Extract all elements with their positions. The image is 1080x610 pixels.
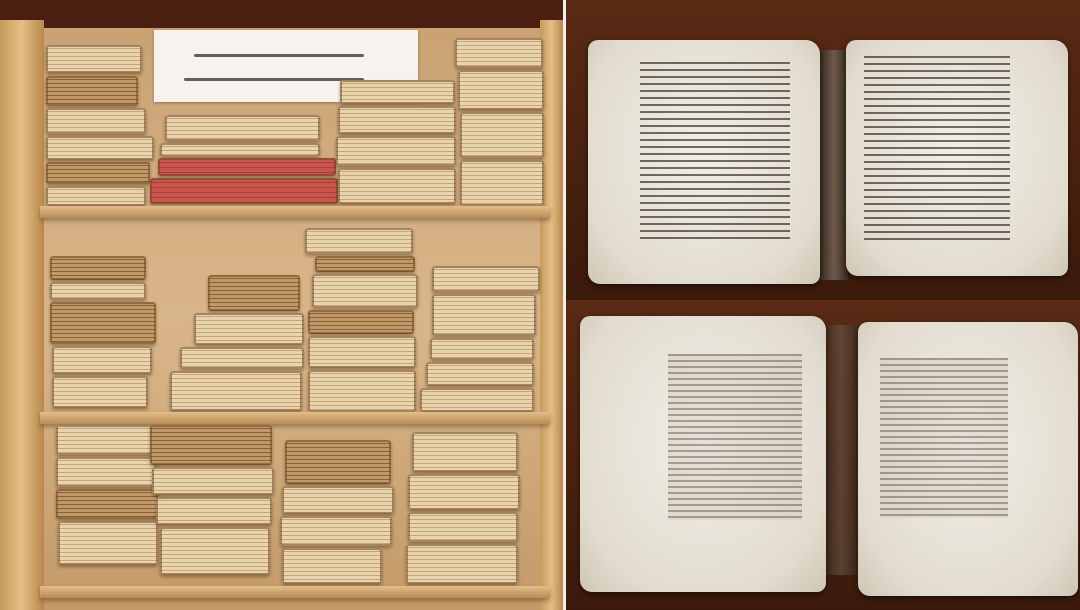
book <box>52 346 152 374</box>
manuscript-page-left <box>580 316 826 592</box>
book <box>305 228 413 254</box>
book <box>460 112 544 158</box>
book <box>282 486 394 514</box>
book <box>46 108 146 134</box>
book <box>56 457 156 487</box>
calligraphy-text <box>864 56 1010 242</box>
book <box>432 294 536 336</box>
book <box>160 527 270 575</box>
ceiling-band <box>0 0 563 28</box>
book <box>165 115 320 141</box>
book <box>406 544 518 584</box>
manuscript-photo <box>566 0 1080 610</box>
book <box>336 136 456 166</box>
book <box>56 489 158 519</box>
book <box>50 282 146 300</box>
book <box>46 136 154 160</box>
shelf <box>40 206 550 218</box>
calligraphy-text <box>668 354 802 520</box>
book <box>412 432 518 472</box>
book <box>408 512 518 542</box>
book <box>312 274 418 308</box>
book <box>420 388 534 412</box>
book <box>455 38 543 68</box>
bookcase-left-side <box>0 20 44 610</box>
book-spine <box>820 50 848 280</box>
book-red <box>158 158 336 176</box>
book <box>156 497 272 525</box>
book <box>315 256 415 272</box>
shelf <box>40 412 550 424</box>
book <box>460 160 544 206</box>
book <box>180 347 304 369</box>
book <box>308 310 414 334</box>
book <box>280 516 392 546</box>
book <box>338 168 456 204</box>
book <box>160 143 320 157</box>
book <box>340 80 455 104</box>
book <box>194 313 304 345</box>
book <box>308 336 416 368</box>
label-script-line <box>184 78 364 81</box>
shelf <box>40 586 550 598</box>
book <box>46 186 146 206</box>
book <box>56 425 152 455</box>
label-script-line <box>194 54 364 57</box>
book <box>170 371 302 411</box>
book <box>408 474 520 510</box>
book <box>46 45 142 73</box>
book <box>430 338 534 360</box>
book <box>426 362 534 386</box>
book <box>285 440 391 484</box>
manuscript-page-right <box>846 40 1068 276</box>
book <box>282 548 382 584</box>
manuscript-page-left <box>588 40 820 284</box>
book-spine <box>824 325 858 575</box>
book <box>52 376 148 408</box>
calligraphy-text <box>880 358 1008 518</box>
book <box>308 370 416 412</box>
manuscript-page-right <box>858 322 1078 596</box>
book <box>50 302 156 344</box>
calligraphy-text <box>640 62 790 240</box>
book <box>152 467 274 495</box>
book <box>208 275 300 311</box>
book <box>432 266 540 292</box>
book <box>46 162 150 184</box>
book-red <box>150 178 338 204</box>
book <box>338 106 456 134</box>
book <box>50 256 146 280</box>
book <box>458 70 544 110</box>
book <box>150 425 272 465</box>
book <box>46 76 138 106</box>
book <box>58 521 158 565</box>
bookcase-photo <box>0 0 563 610</box>
